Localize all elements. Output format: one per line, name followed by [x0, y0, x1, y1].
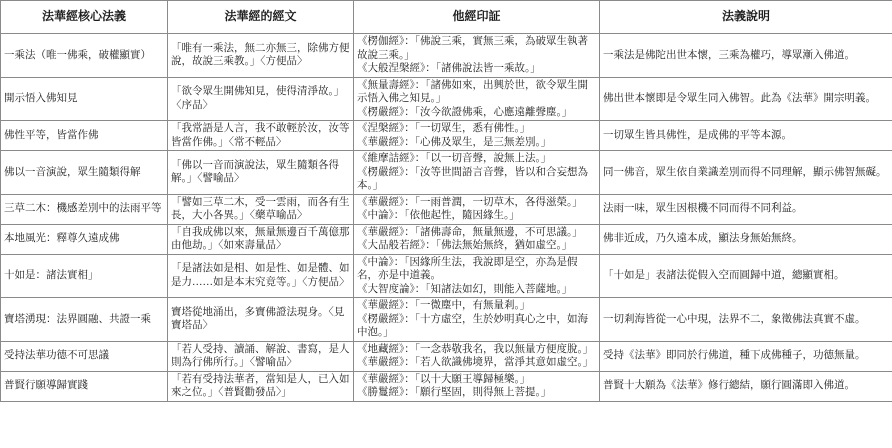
cell-other-sutra-proof: 《地藏經》：「一念恭敬我名，我以無量方便度脫。」 《華嚴經》：「若人欲識佛境界，…: [354, 341, 600, 371]
proof-citation: 《勝鬘經》：「願行堅固，則得無上菩提。」: [357, 386, 596, 400]
proof-citation: 《地藏經》：「一念恭敬我名，我以無量方便度脫。」: [357, 343, 596, 357]
cell-sutra-text: 「唯有一乘法，無二亦無三，除佛方便說，故說三乘教。」〈方便品〉: [168, 34, 354, 78]
cell-explanation: 一切剎海皆從一心中現，法界不二，象徵佛法真實不虛。: [600, 298, 892, 342]
cell-core-teaching: 受持法華功德不可思議: [1, 341, 168, 371]
proof-citation: 《華嚴經》：「一微塵中，有無量剎。」: [357, 299, 596, 313]
cell-explanation: 法雨一味，眾生因根機不同而得不同利益。: [600, 194, 892, 224]
header-other-sutra-proof: 他經印証: [354, 1, 600, 34]
cell-explanation: 普賢十大願為《法華》修行總結，願行圓滿即入佛道。: [600, 371, 892, 401]
table-row: 普賢行願導歸實踐 「若有受持法華者，當知是人，已入如來之位。」〈普賢勸發品〉」 …: [1, 371, 892, 401]
cell-sutra-text: 「我常語是人言，我不敢輕於汝，汝等皆當作佛。」〈常不輕品〉: [168, 121, 354, 151]
cell-core-teaching: 一乘法（唯一佛乘，破權顯實）: [1, 34, 168, 78]
proof-citation: 《華嚴經》：「諸佛壽命，無量無邊，不可思議。」: [357, 226, 596, 240]
proof-citation: 《維摩詰經》：「以一切音聲，說無上法。」: [357, 152, 596, 166]
proof-citation: 《大智度論》：「知諸法如幻，則能入菩薩地。」: [357, 283, 596, 297]
proof-citation: 《中論》：「因緣所生法，我說即是空，亦為是假名，亦是中道義。: [357, 256, 596, 283]
header-core-teaching: 法華經核心法義: [1, 1, 168, 34]
proof-citation: 《華嚴經》：「以十大願王導歸極樂。」: [357, 373, 596, 387]
proof-citation: 《楞嚴經》：「十方虛空，生於妙明真心之中，如海中泡。」: [357, 313, 596, 340]
cell-explanation: 「十如是」表諸法從假入空而圓歸中道，總顯實相。: [600, 254, 892, 298]
table-row: 一乘法（唯一佛乘，破權顯實） 「唯有一乘法，無二亦無三，除佛方便說，故說三乘教。…: [1, 34, 892, 78]
cell-explanation: 一切眾生皆具佛性，是成佛的平等本源。: [600, 121, 892, 151]
cell-other-sutra-proof: 《華嚴經》：「諸佛壽命，無量無邊，不可思議。」 《大品般若經》：「佛法無始無終，…: [354, 224, 600, 254]
cell-other-sutra-proof: 《無量壽經》：「諸佛如來，出興於世，欲令眾生開示悟入佛之知見。」 《楞嚴經》：「…: [354, 77, 600, 121]
cell-sutra-text: 「欲令眾生開佛知見，使得清淨故。」〈序品〉: [168, 77, 354, 121]
cell-explanation: 受持《法華》即同於行佛道，種下成佛種子，功德無量。: [600, 341, 892, 371]
cell-other-sutra-proof: 《華嚴經》：「以十大願王導歸極樂。」 《勝鬘經》：「願行堅固，則得無上菩提。」: [354, 371, 600, 401]
table-row: 十如是：諸法實相」 「是諸法如是相、如是性、如是體、如是力……如是本末究竟等。」…: [1, 254, 892, 298]
cell-sutra-text: 「是諸法如是相、如是性、如是體、如是力……如是本末究竟等。」〈方便品〉: [168, 254, 354, 298]
cell-sutra-text: 「譬如三草二木，受一雲雨，而各有生長，大小各異。」〈藥草喻品〉: [168, 194, 354, 224]
proof-citation: 《中論》：「依他起性，隨因緣生。」: [357, 209, 596, 223]
cell-core-teaching: 寶塔湧現：法界圓融、共證一乘: [1, 298, 168, 342]
table-row: 佛以一音演說，眾生隨類得解 「佛以一音而演說法，眾生隨類各得解。」〈譬喻品〉 《…: [1, 151, 892, 195]
cell-core-teaching: 佛以一音演說，眾生隨類得解: [1, 151, 168, 195]
table-row: 佛性平等，皆當作佛 「我常語是人言，我不敢輕於汝，汝等皆當作佛。」〈常不輕品〉 …: [1, 121, 892, 151]
cell-other-sutra-proof: 《維摩詰經》：「以一切音聲，說無上法。」 《楞嚴經》：「汝等世間語言音聲，皆以和…: [354, 151, 600, 195]
proof-citation: 《大品般若經》：「佛法無始無終，猶如虛空。」: [357, 239, 596, 253]
cell-explanation: 佛出世本懷即是令眾生同入佛智。此為《法華》開宗明義。: [600, 77, 892, 121]
proof-citation: 《大般涅槃經》：「諸佛說法皆一乘故。」: [357, 62, 596, 76]
cell-core-teaching: 十如是：諸法實相」: [1, 254, 168, 298]
cell-core-teaching: 開示悟入佛知見: [1, 77, 168, 121]
cell-sutra-text: 「若人受持、讀誦、解說、書寫，是人則為行佛所行。」〈譬喻品〉: [168, 341, 354, 371]
cell-other-sutra-proof: 《涅槃經》：「一切眾生，悉有佛性。」 《華嚴經》：「心佛及眾生，是三無差別。」: [354, 121, 600, 151]
proof-citation: 《無量壽經》：「諸佛如來，出興於世，欲令眾生開示悟入佛之知見。」: [357, 79, 596, 106]
cell-other-sutra-proof: 《中論》：「因緣所生法，我說即是空，亦為是假名，亦是中道義。 《大智度論》：「知…: [354, 254, 600, 298]
cell-explanation: 佛非近成，乃久遠本成，顯法身無始無終。: [600, 224, 892, 254]
header-row: 法華經核心法義 法華經的經文 他經印証 法義說明: [1, 1, 892, 34]
proof-citation: 《楞嚴經》：「汝等世間語言音聲，皆以和合妄想為本。」: [357, 166, 596, 193]
cell-other-sutra-proof: 《華嚴經》：「一雨普潤，一切草木，各得滋榮。」 《中論》：「依他起性，隨因緣生。…: [354, 194, 600, 224]
cell-sutra-text: 「自我成佛以來，無量無邊百千萬億那由他劫。」〈如來壽量品〉: [168, 224, 354, 254]
cell-core-teaching: 三草二木：機感差別中的法雨平等: [1, 194, 168, 224]
proof-citation: 《華嚴經》：「若人欲識佛境界，當淨其意如虛空。」: [357, 356, 596, 370]
cell-core-teaching: 佛性平等，皆當作佛: [1, 121, 168, 151]
table-row: 寶塔湧現：法界圓融、共證一乘 寶塔從地涌出，多寶佛證法現身。〈見寶塔品〉 《華嚴…: [1, 298, 892, 342]
proof-citation: 《涅槃經》：「一切眾生，悉有佛性。」: [357, 122, 596, 136]
lotus-sutra-doctrine-table: 法華經核心法義 法華經的經文 他經印証 法義說明 一乘法（唯一佛乘，破權顯實） …: [0, 0, 892, 402]
table-row: 受持法華功德不可思議 「若人受持、讀誦、解說、書寫，是人則為行佛所行。」〈譬喻品…: [1, 341, 892, 371]
table-row: 三草二木：機感差別中的法雨平等 「譬如三草二木，受一雲雨，而各有生長，大小各異。…: [1, 194, 892, 224]
cell-sutra-text: 寶塔從地涌出，多寶佛證法現身。〈見寶塔品〉: [168, 298, 354, 342]
cell-core-teaching: 本地風光：釋尊久遠成佛: [1, 224, 168, 254]
table-row: 開示悟入佛知見 「欲令眾生開佛知見，使得清淨故。」〈序品〉 《無量壽經》：「諸佛…: [1, 77, 892, 121]
cell-other-sutra-proof: 《華嚴經》：「一微塵中，有無量剎。」 《楞嚴經》：「十方虛空，生於妙明真心之中，…: [354, 298, 600, 342]
proof-citation: 《華嚴經》：「心佛及眾生，是三無差別。」: [357, 136, 596, 150]
cell-explanation: 一乘法是佛陀出世本懷，三乘為權巧，導眾漸入佛道。: [600, 34, 892, 78]
cell-sutra-text: 「佛以一音而演說法，眾生隨類各得解。」〈譬喻品〉: [168, 151, 354, 195]
proof-citation: 《華嚴經》：「一雨普潤，一切草木，各得滋榮。」: [357, 196, 596, 210]
table-row: 本地風光：釋尊久遠成佛 「自我成佛以來，無量無邊百千萬億那由他劫。」〈如來壽量品…: [1, 224, 892, 254]
cell-explanation: 同一佛音，眾生依自業識差別而得不同理解，顯示佛智無礙。: [600, 151, 892, 195]
cell-other-sutra-proof: 《楞伽經》：「佛說三乘，實無三乘，為破眾生執著故說三乘。」 《大般涅槃經》：「諸…: [354, 34, 600, 78]
header-doctrine-explanation: 法義說明: [600, 1, 892, 34]
proof-citation: 《楞嚴經》：「汝今欲證佛乘，心應遠離聲塵。」: [357, 106, 596, 120]
cell-core-teaching: 普賢行願導歸實踐: [1, 371, 168, 401]
cell-sutra-text: 「若有受持法華者，當知是人，已入如來之位。」〈普賢勸發品〉」: [168, 371, 354, 401]
proof-citation: 《楞伽經》：「佛說三乘，實無三乘，為破眾生執著故說三乘。」: [357, 35, 596, 62]
header-sutra-text: 法華經的經文: [168, 1, 354, 34]
